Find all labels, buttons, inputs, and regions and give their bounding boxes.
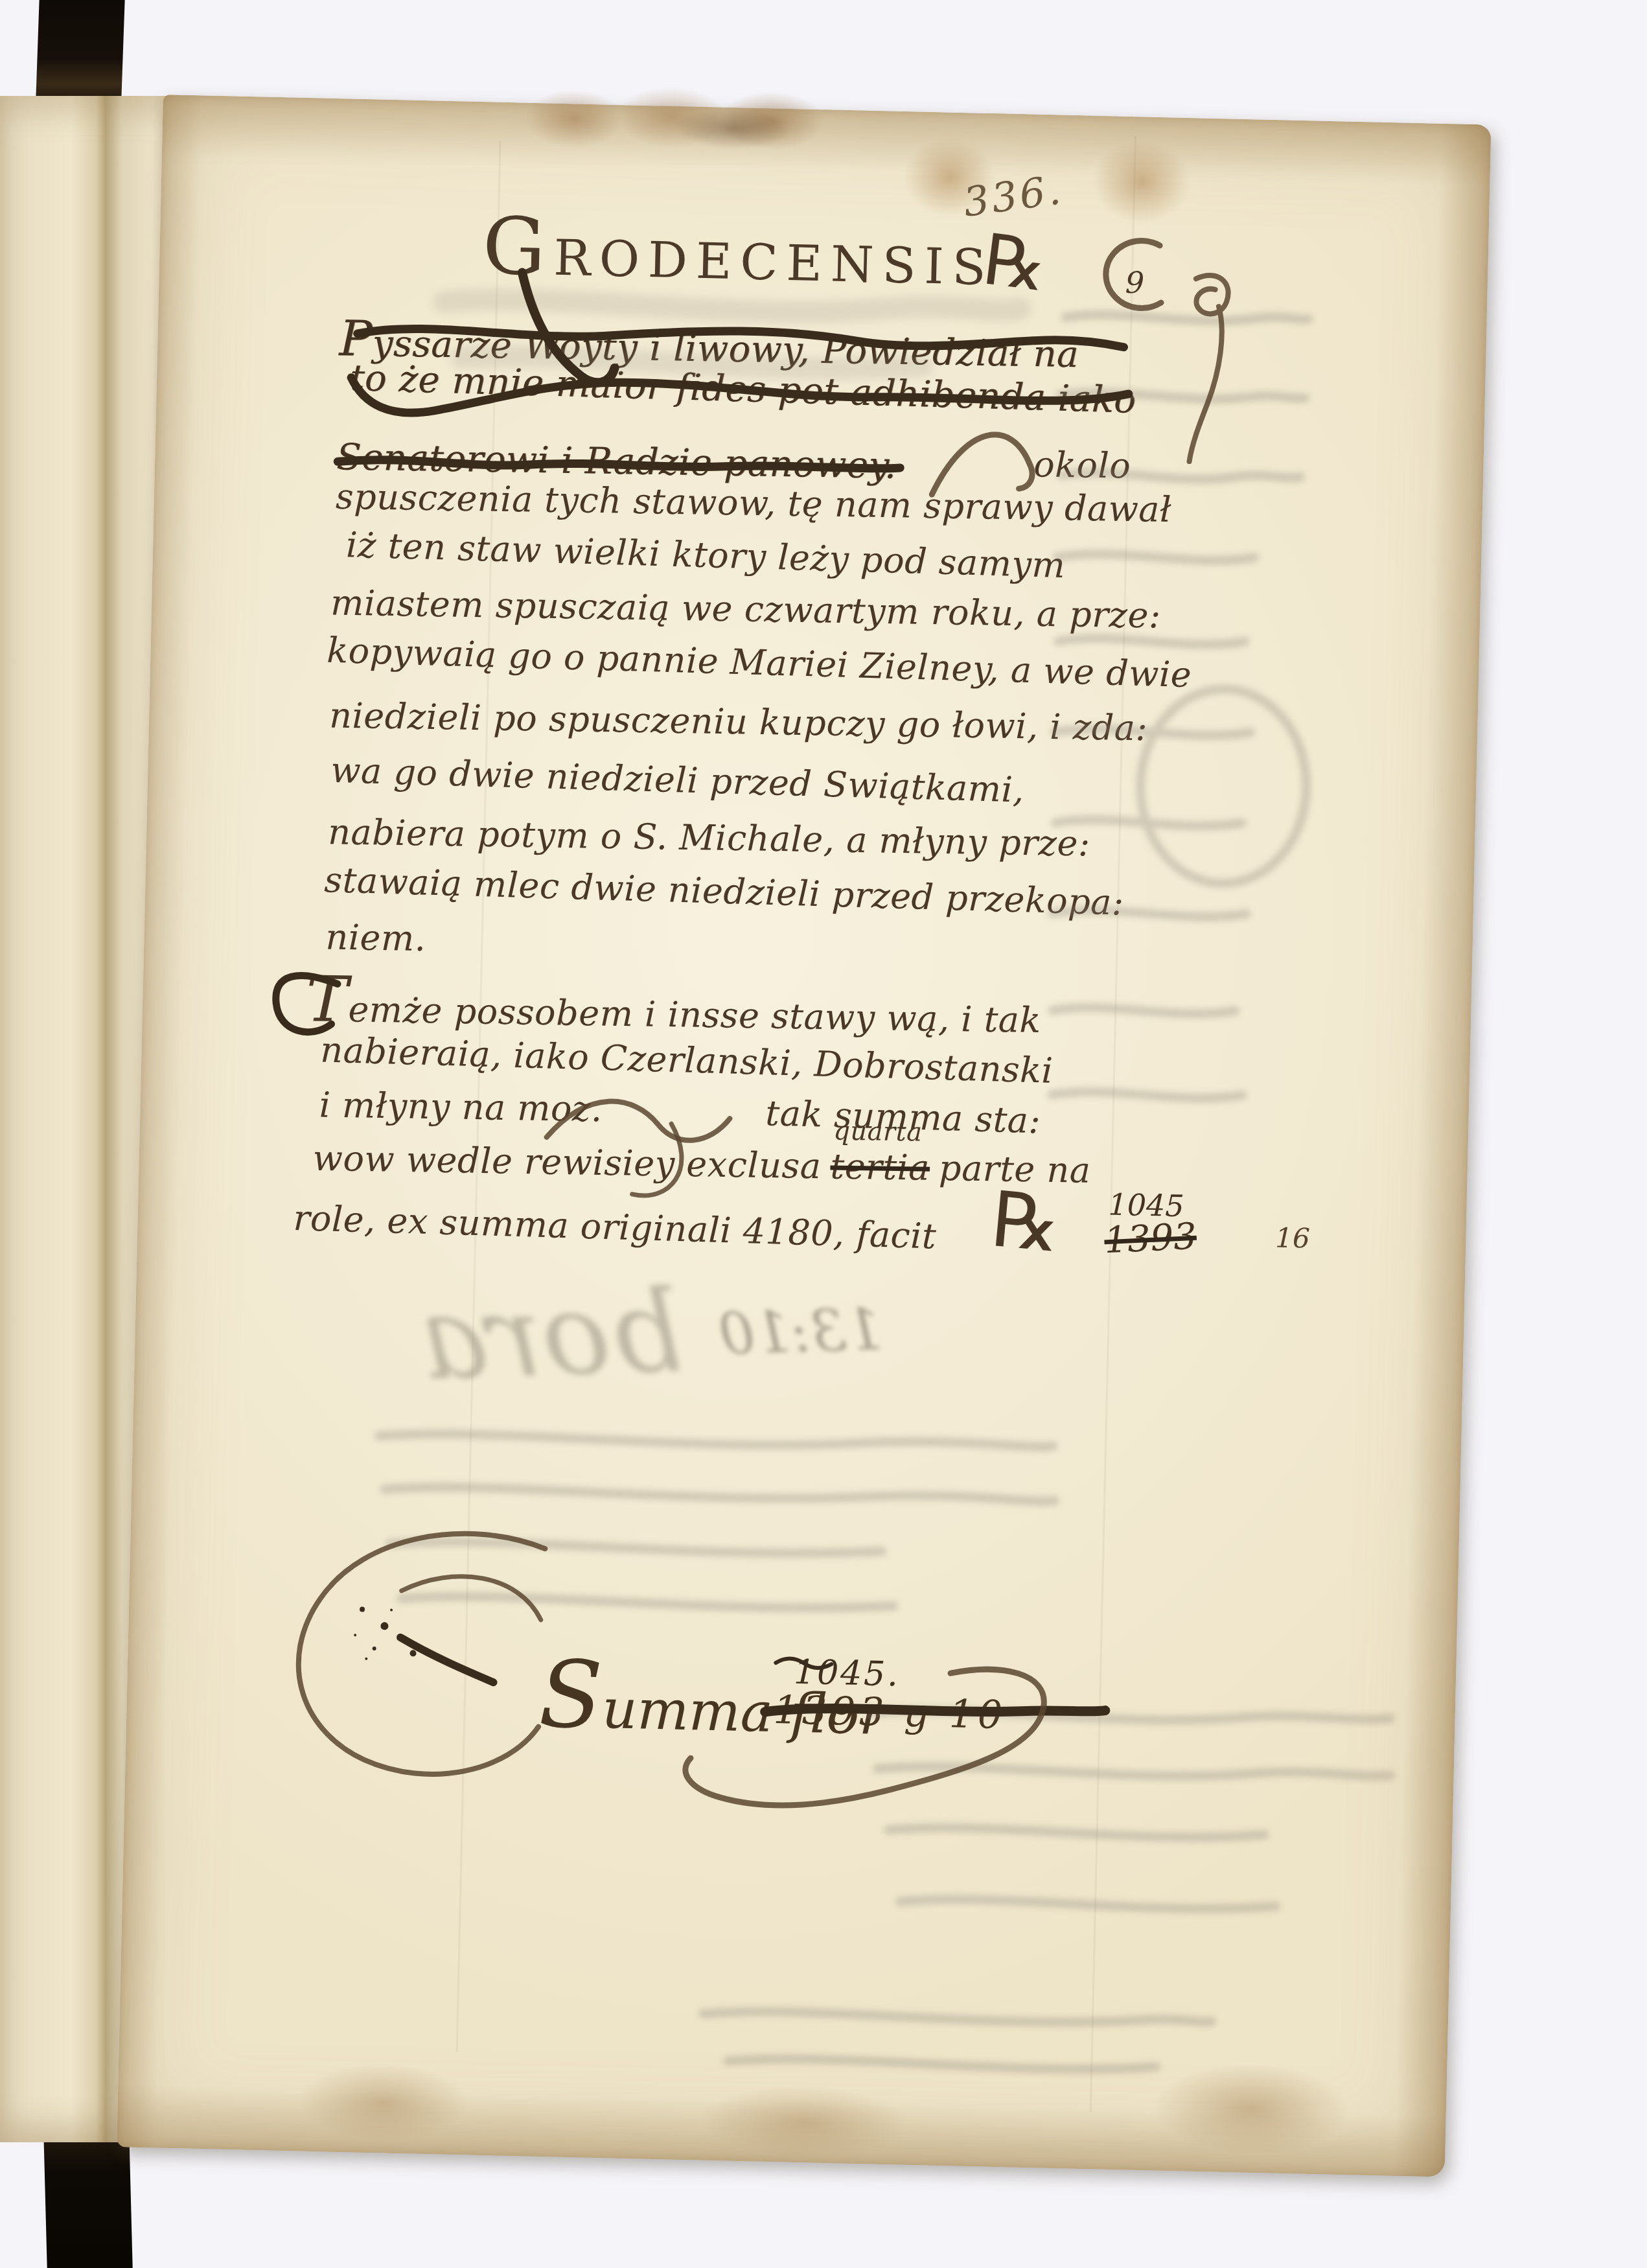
corrected-word-wrap: quartatertia [821, 1146, 939, 1188]
bottom-circle-flourish [296, 1530, 546, 1777]
manuscript-line: wa go dwie niedzieli przed Swiątkami, [330, 750, 1025, 811]
interlinear-correction: quarta [833, 1116, 923, 1147]
summa-cancelled-value: 1393 g 10 [773, 1687, 1007, 1738]
manuscript-line: niem. [325, 917, 426, 959]
manuscript-page: bora 13:10 336. GRODECENSIS ℞ 9 Pyssarze… [117, 95, 1491, 2177]
margin-value: 16 [1275, 1221, 1311, 1254]
scanner-background: bora 13:10 336. GRODECENSIS ℞ 9 Pyssarze… [0, 0, 1647, 2268]
page-title: GRODECENSIS [481, 218, 995, 296]
stain-smudge [674, 106, 791, 150]
calc-cancelled-value: 1393 [1103, 1216, 1197, 1262]
manuscript-word: okolo [1033, 444, 1131, 486]
manuscript-line: Temże possobem i insse stawy wą, i tak [306, 974, 1042, 1041]
bottom-circle-flourish-inner [401, 1575, 542, 1620]
manuscript-line: stawaią mlec dwie niedzieli przed przeko… [324, 859, 1125, 923]
bleedthrough-ghost-word: bora [419, 1266, 685, 1406]
stain-blob [298, 2062, 468, 2144]
circle-mark-digit: 9 [1125, 265, 1144, 301]
ink-streak [400, 1637, 494, 1682]
circle-mark-icon: 9 [1082, 232, 1181, 321]
manuscript-line: i młyny na moz. [319, 1084, 603, 1129]
manuscript-calc-line: role, ex summa originali 4180, facit [293, 1198, 937, 1257]
bleedthrough-ghost-number: 13:10 [717, 1296, 884, 1367]
title-flourish-rx-icon: ℞ [979, 219, 1052, 307]
stain-blob [719, 91, 824, 152]
book-strap-top [36, 0, 124, 98]
manuscript-line: nabiera potym o S. Michale, a młyny prze… [328, 811, 1090, 864]
calc-flourish-rx-icon: ℞ [988, 1174, 1065, 1269]
stain-blob [525, 89, 623, 149]
manuscript-calc-line: wow wedle rewisiey exclusaquartatertiapa… [312, 1138, 1091, 1191]
manuscript-line: kopywaią go o pannie Mariei Zielney, a w… [327, 630, 1192, 695]
margin-flourish [1190, 275, 1229, 462]
ink-spatter [353, 1606, 417, 1661]
paper-crease [1090, 136, 1136, 2112]
manuscript-line: iż ten staw wielki ktory leży pod samym [345, 524, 1066, 586]
stain-blob [616, 86, 727, 150]
calc-prefix: wow wedle rewisiey exclusa [312, 1138, 822, 1186]
manuscript-line: niedzieli po spusczeniu kupczy go łowi, … [329, 695, 1148, 748]
folio-number: 336. [961, 166, 1066, 226]
struck-word: tertia [830, 1146, 930, 1188]
stain-blob [1092, 139, 1192, 224]
stain-blob [1153, 2062, 1350, 2157]
manuscript-line: miastem spusczaią we czwartym roku, a pr… [330, 583, 1161, 636]
stain-blob [700, 2084, 908, 2160]
book-strap-bottom [43, 2132, 133, 2268]
